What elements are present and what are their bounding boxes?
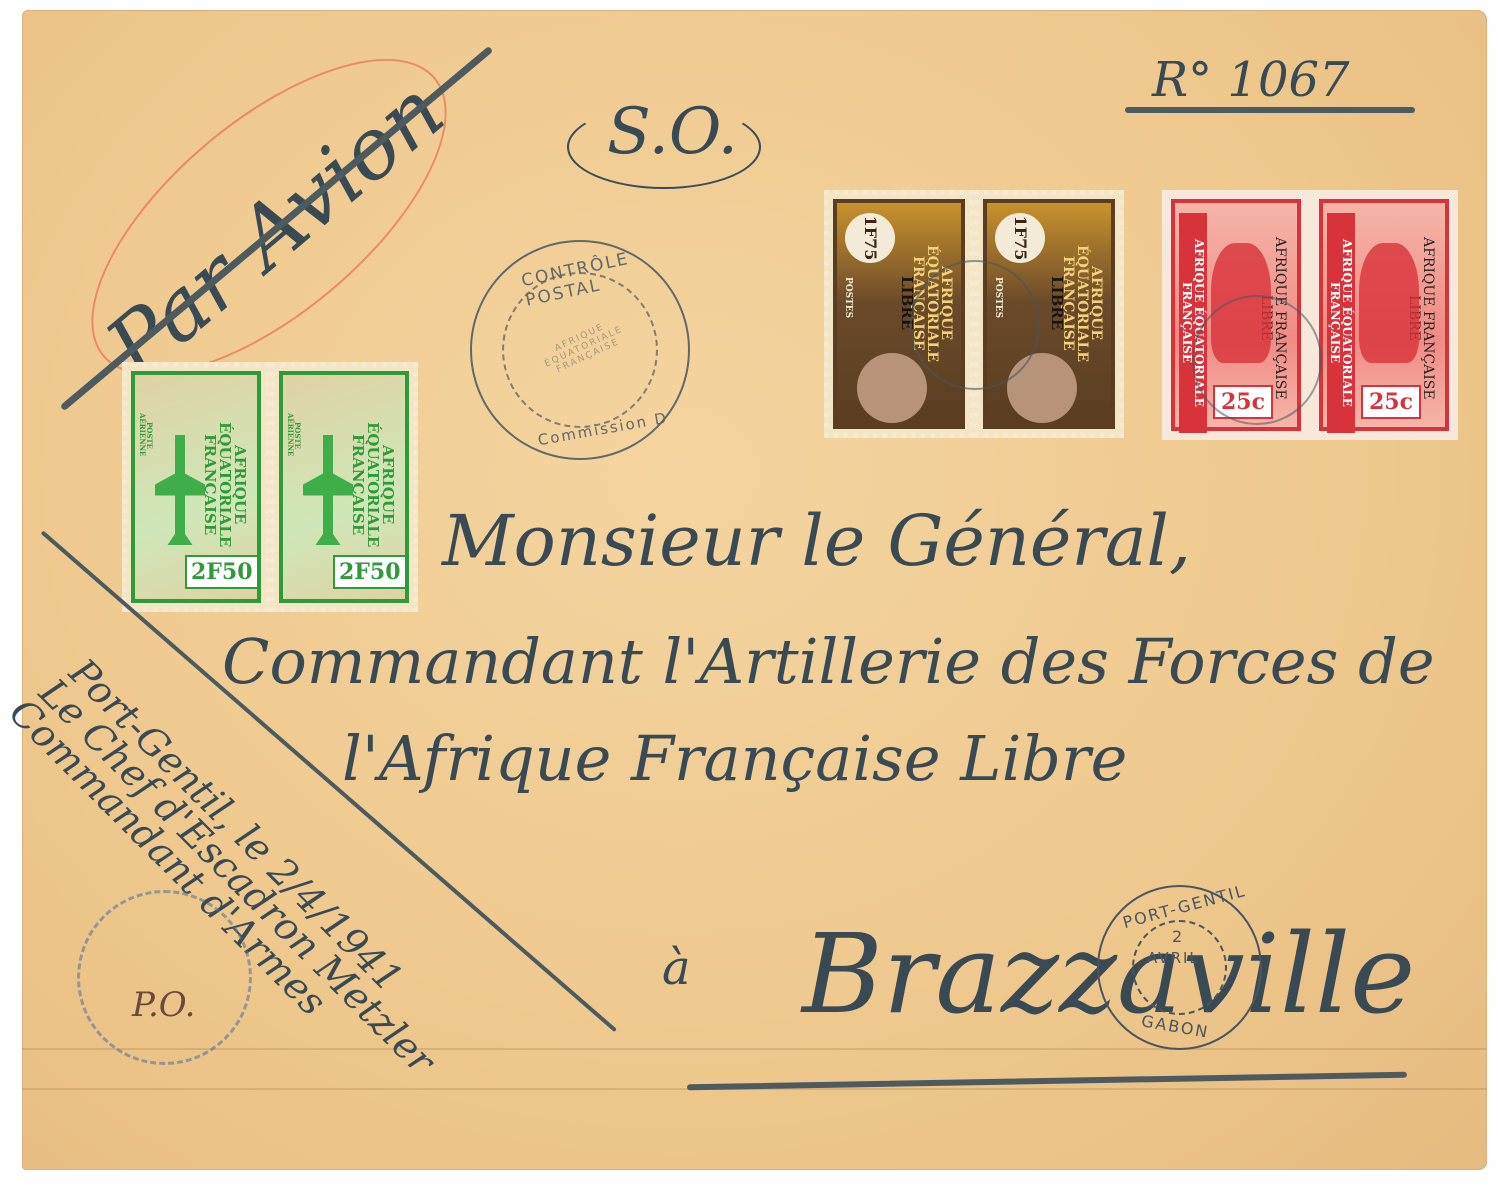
port-gentil-postmark: PORT-GENTIL 2 AVRIL GABON bbox=[1097, 885, 1262, 1050]
address-line-3: l'Afrique Française Libre bbox=[342, 722, 1127, 795]
address-prefix: à bbox=[662, 940, 691, 996]
stamp-airmail-1: AFRIQUE ÉQUATORIALE FRANÇAISE POSTE AÉRI… bbox=[122, 362, 270, 612]
portrait-icon bbox=[857, 353, 927, 423]
stamp-tchad-2: AFRIQUE ÉQUATORIALE FRANÇAISE AFRIQUE FR… bbox=[1310, 190, 1458, 440]
cancel-postmark bbox=[1192, 295, 1322, 425]
registration-underline bbox=[1125, 107, 1415, 113]
airplane-icon bbox=[155, 435, 205, 545]
fold-crease bbox=[22, 1048, 1487, 1050]
stamp-airmail-2: AFRIQUE ÉQUATORIALE FRANÇAISE POSTE AÉRI… bbox=[270, 362, 418, 612]
registration-number: R° 1067 bbox=[1152, 52, 1350, 108]
unit-seal bbox=[77, 890, 252, 1065]
sender-signature: P.O. bbox=[132, 985, 195, 1025]
airplane-icon bbox=[303, 435, 353, 545]
censor-postmark: CONTRÔLE POSTAL Commission D AFRIQUE ÉQU… bbox=[470, 240, 690, 460]
envelope: Par Avion S.O. R° 1067 CONTRÔLE POSTAL C… bbox=[22, 10, 1487, 1170]
cancel-postmark bbox=[910, 260, 1040, 390]
figure-icon bbox=[1359, 243, 1419, 363]
service-mark: S.O. bbox=[607, 95, 738, 169]
address-line-2: Commandant l'Artillerie des Forces de bbox=[222, 625, 1435, 698]
address-line-1: Monsieur le Général, bbox=[442, 500, 1191, 582]
